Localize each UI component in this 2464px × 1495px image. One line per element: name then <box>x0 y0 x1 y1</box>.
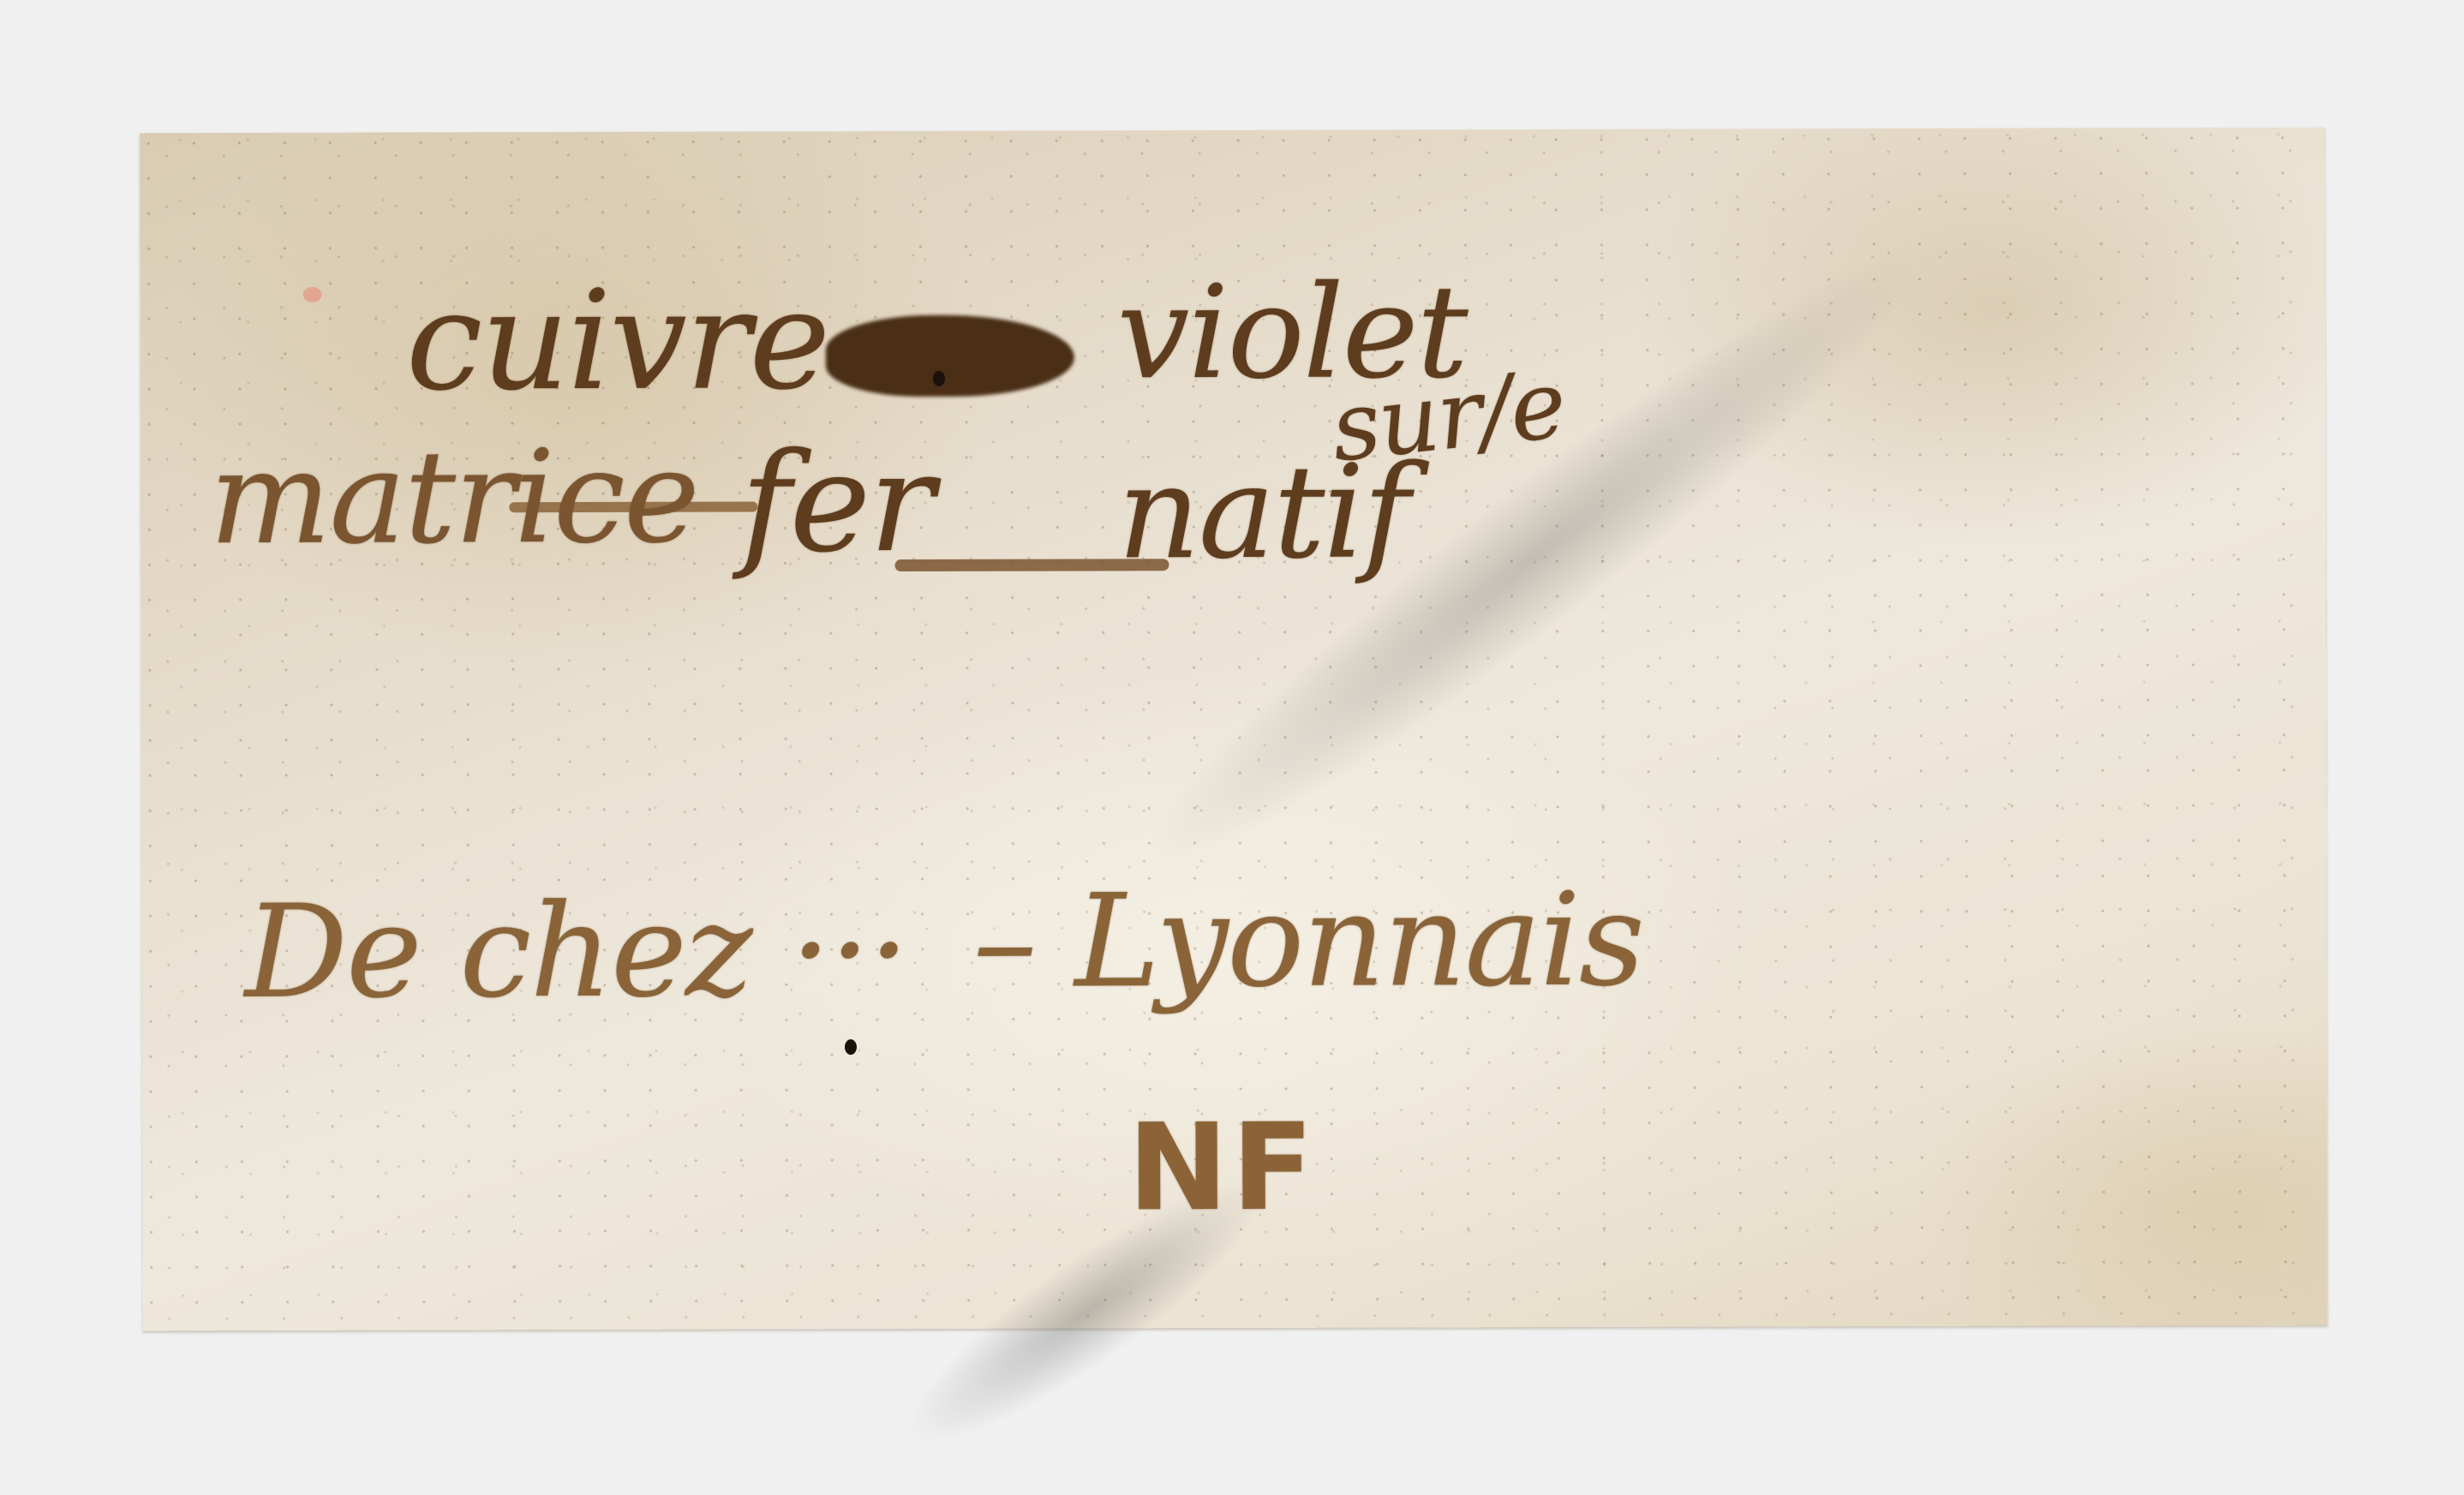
word-natif: natif <box>1117 438 1408 588</box>
word-cuivre: cuivre <box>406 260 829 421</box>
ink-spot <box>845 1039 857 1055</box>
red-speck <box>303 287 322 302</box>
ink-spot <box>933 371 945 386</box>
crossed-out-word <box>826 314 1074 397</box>
word-matrice: matrice <box>209 423 698 573</box>
initials-nf: NF <box>1127 1098 1317 1239</box>
word-lyonnais: – Lyonnais <box>972 866 1643 1017</box>
specimen-label-paper: cuivre violet sur/e matrice fer natif De… <box>140 128 2328 1331</box>
phrase-de-chez: De chez ··· <box>244 876 907 1027</box>
